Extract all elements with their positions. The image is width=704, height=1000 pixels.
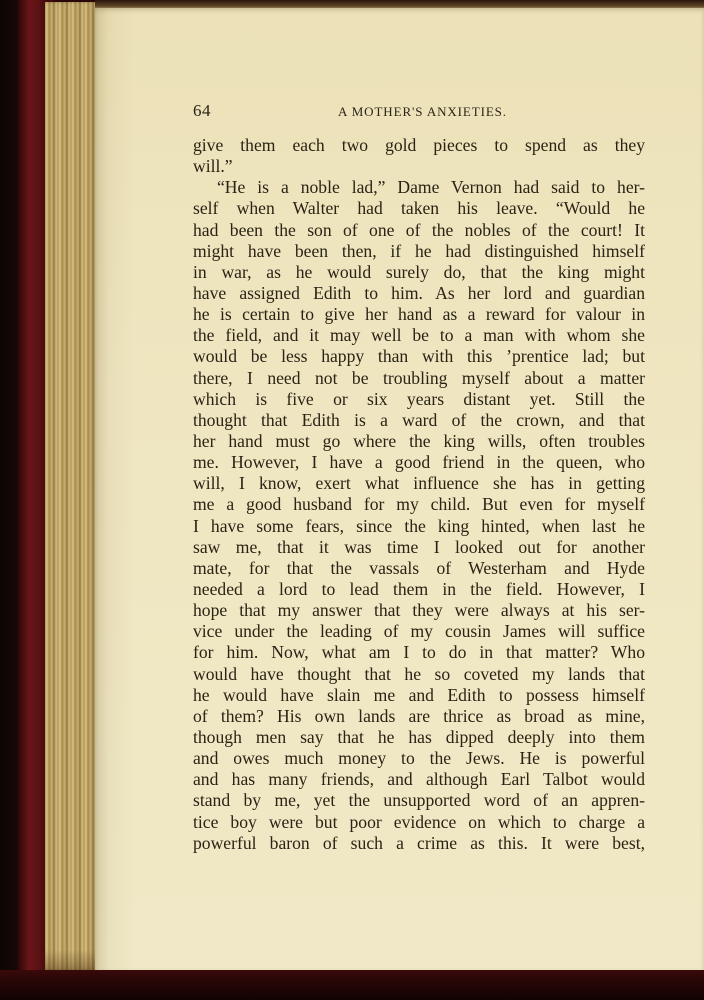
text-line: of them? His own lands are thrice as bro… [193, 706, 645, 727]
text-line: me a good husband for my child. But even… [193, 494, 645, 515]
book-cover-bottom [0, 970, 704, 1000]
text-line: will.” [193, 156, 645, 177]
text-line: tice boy were but poor evidence on which… [193, 812, 645, 833]
text-line: thought that Edith is a ward of the crow… [193, 410, 645, 431]
text-line: “He is a noble lad,” Dame Vernon had sai… [193, 177, 645, 198]
text-line: vice under the leading of my cousin Jame… [193, 621, 645, 642]
text-line: stand by me, yet the unsupported word of… [193, 790, 645, 811]
text-line: her hand must go where the king wills, o… [193, 431, 645, 452]
text-line: and owes much money to the Jews. He is p… [193, 748, 645, 769]
text-line: have assigned Edith to him. As her lord … [193, 283, 645, 304]
book-photo: 64 A MOTHER'S ANXIETIES. give them each … [0, 0, 704, 1000]
text-line: though men say that he has dipped deeply… [193, 727, 645, 748]
text-line: needed a lord to lead them in the field.… [193, 579, 645, 600]
text-line: saw me, that it was time I looked out fo… [193, 537, 645, 558]
text-line: I have some fears, since the king hinted… [193, 516, 645, 537]
text-line: in war, as he would surely do, that the … [193, 262, 645, 283]
text-line: might have been then, if he had distingu… [193, 241, 645, 262]
text-line: would be less happy than with this ’pren… [193, 346, 645, 367]
text-line: had been the son of one of the nobles of… [193, 220, 645, 241]
text-line: hope that my answer that they were alway… [193, 600, 645, 621]
book-page: 64 A MOTHER'S ANXIETIES. give them each … [95, 8, 704, 970]
text-line: he is certain to give her hand as a rewa… [193, 304, 645, 325]
body-text: give them each two gold pieces to spend … [193, 135, 645, 854]
text-line: the field, and it may well be to a man w… [193, 325, 645, 346]
text-line: which is five or six years distant yet. … [193, 389, 645, 410]
text-line: me. However, I have a good friend in the… [193, 452, 645, 473]
text-line: and has many friends, and although Earl … [193, 769, 645, 790]
chapter-title: A MOTHER'S ANXIETIES. [338, 104, 507, 120]
text-line: give them each two gold pieces to spend … [193, 135, 645, 156]
page-stack-edge [45, 2, 97, 970]
text-line: he would have slain me and Edith to poss… [193, 685, 645, 706]
text-line: self when Walter had taken his leave. “W… [193, 198, 645, 219]
text-line: there, I need not be troubling myself ab… [193, 368, 645, 389]
page-number: 64 [193, 101, 211, 121]
running-head: 64 A MOTHER'S ANXIETIES. [193, 101, 645, 123]
text-line: would have thought that he so coveted my… [193, 664, 645, 685]
text-line: powerful baron of such a crime as this. … [193, 833, 645, 854]
text-line: for him. Now, what am I to do in that ma… [193, 642, 645, 663]
text-line: mate, for that the vassals of Westerham … [193, 558, 645, 579]
text-line: will, I know, exert what influence she h… [193, 473, 645, 494]
